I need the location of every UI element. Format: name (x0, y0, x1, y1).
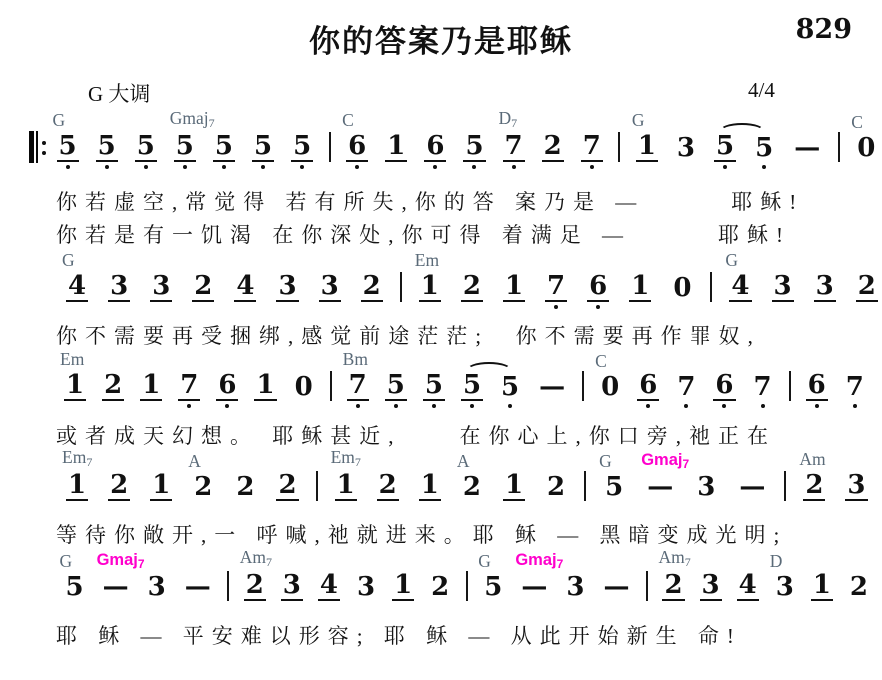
octave-dot-slot (551, 162, 555, 170)
note-digit: 3 (675, 134, 697, 162)
octave-dot-slot (327, 601, 331, 609)
note: 6 (806, 371, 828, 409)
octave-dot-slot (428, 302, 432, 310)
note-digit: 7 (844, 373, 866, 401)
note: 6 (216, 371, 238, 409)
note: 1 (140, 371, 162, 409)
note: 1 (419, 471, 441, 509)
note: 5 (461, 371, 483, 409)
octave-dot-slot (470, 302, 474, 310)
note-digit: 1 (419, 272, 441, 302)
lyric-line: 或者成天幻想。 耶稣甚近, 在你心上,你口旁,祂正在 (56, 420, 776, 450)
note: 5 (96, 132, 118, 170)
note: 3 (845, 471, 867, 509)
barline (784, 471, 786, 501)
octave-dot-slot (286, 302, 290, 310)
chord-label: G (53, 112, 66, 130)
note: — (737, 473, 767, 509)
lyric-line: 耶 稣 — 平安难以形容; 耶 稣 — 从此开始新生 命! (56, 620, 742, 650)
note-digit: 2 (361, 272, 383, 302)
note-digit: 2 (542, 132, 564, 162)
note-digit: 5 (252, 132, 274, 162)
note-digit: 0 (855, 134, 877, 162)
note: 6 (424, 132, 446, 170)
octave-dot-slot (394, 401, 398, 409)
octave-dot-slot (433, 162, 437, 170)
octave-dot-slot (573, 601, 577, 609)
barline (584, 471, 586, 501)
chord-label: G (478, 553, 491, 571)
octave-dot-slot (738, 302, 742, 310)
octave-dot-slot (746, 601, 750, 609)
note: 5 (385, 371, 407, 409)
note-digit: 2 (848, 573, 870, 601)
lyric-line: 你不需要再受捆绑,感觉前途茫茫; 你不需要再作罪奴, (56, 320, 761, 350)
octave-dot-slot (709, 601, 713, 609)
octave-dot-slot (704, 501, 708, 509)
octave-dot-slot (401, 601, 405, 609)
chord-label: C (851, 114, 863, 132)
octave-dot-slot (638, 302, 642, 310)
page-number: 829 (796, 14, 852, 45)
barline (646, 571, 648, 601)
note: 2 (545, 473, 567, 509)
chord-label: D7 (499, 110, 518, 129)
note: D3 (774, 573, 796, 609)
octave-dot-slot (554, 302, 558, 310)
note-digit: 0 (293, 373, 315, 401)
note-digit: 2 (662, 571, 684, 601)
octave-dot (815, 404, 819, 408)
note: Am2 (803, 471, 825, 509)
note: Em1 (64, 371, 86, 409)
octave-dot-slot (155, 601, 159, 609)
note: 0 (293, 373, 315, 409)
chord-label: A (457, 453, 470, 471)
octave-dot-slot (781, 302, 785, 310)
octave-dot (300, 165, 304, 169)
chord-label: Am7 (658, 549, 690, 568)
octave-dot-slot (470, 401, 474, 409)
chord-label: D (770, 553, 783, 571)
octave-dot-slot (75, 501, 79, 509)
octave-dot-slot (680, 302, 684, 310)
octave-dot-slot (73, 401, 77, 409)
note-digit: 6 (346, 132, 368, 162)
note: 1 (629, 272, 651, 310)
octave-dot-slot (253, 601, 257, 609)
octave-dot-slot (750, 501, 754, 509)
note: 5 (423, 371, 445, 409)
note-digit: 5 (423, 371, 445, 401)
note-digit: 3 (845, 471, 867, 501)
note-digit: 3 (150, 272, 172, 302)
note: Gmaj75 (174, 132, 196, 170)
note: 2 (848, 573, 870, 609)
octave-dot-slot (117, 501, 121, 509)
note-digit: 5 (135, 132, 157, 162)
note: Gmaj7— (519, 573, 549, 609)
octave-dot (590, 165, 594, 169)
octave-dot-slot (159, 302, 163, 310)
chord-label: Am7 (240, 549, 272, 568)
chord-label: Em (415, 252, 439, 270)
octave-dot-slot (596, 302, 600, 310)
note-digit: 3 (281, 571, 303, 601)
octave-dot (853, 404, 857, 408)
octave-dot-slot (532, 601, 536, 609)
note-digit: 6 (216, 371, 238, 401)
note: 5 (213, 132, 235, 170)
octave-dot-slot (645, 162, 649, 170)
note: Em71 (335, 471, 357, 509)
note: — (792, 134, 822, 170)
note-digit: 2 (461, 272, 483, 302)
note-digit: 2 (234, 473, 256, 501)
chord-label: G (60, 553, 73, 571)
note-digit: 3 (319, 272, 341, 302)
note: 1 (503, 272, 525, 310)
octave-dot (470, 404, 474, 408)
note-digit: 6 (424, 132, 446, 162)
note-digit: — (183, 573, 213, 601)
note-digit: 5 (174, 132, 196, 162)
time-signature: 4/4 (748, 78, 775, 103)
dot (42, 141, 46, 145)
note: Em71 (66, 471, 88, 509)
octave-dot (433, 165, 437, 169)
note: 2 (192, 272, 214, 310)
note-digit: 3 (146, 573, 168, 601)
octave-dot-slot (394, 162, 398, 170)
octave-dot-slot (508, 401, 512, 409)
note-digit: 5 (753, 134, 775, 162)
note: 7 (752, 373, 774, 409)
note-digit: 1 (150, 471, 172, 501)
note-digit: 4 (729, 272, 751, 302)
octave-dot-slot (75, 302, 79, 310)
note: — (601, 573, 631, 609)
octave-dot-slot (491, 601, 495, 609)
octave-dot-slot (364, 601, 368, 609)
note: 2 (377, 471, 399, 509)
note: 2 (102, 371, 124, 409)
octave-dot-slot (805, 162, 809, 170)
octave-dot-slot (853, 401, 857, 409)
chord-label: G (599, 453, 612, 471)
octave-dot-slot (225, 401, 229, 409)
note: 4 (318, 571, 340, 609)
octave-dot (723, 165, 727, 169)
note: 5 (463, 132, 485, 170)
page-title: 你的答案乃是耶稣 (0, 16, 882, 61)
octave-dot (183, 165, 187, 169)
note-digit: 7 (675, 373, 697, 401)
note-digit: 3 (355, 573, 377, 601)
note-digit: 5 (57, 132, 79, 162)
octave-dot-slot (646, 401, 650, 409)
note-digit: — (645, 473, 675, 501)
octave-dot-slot (608, 401, 612, 409)
repeat-begin-barline (28, 131, 48, 170)
note: 4 (737, 571, 759, 609)
thick-bar (29, 131, 34, 163)
note: Gmaj7— (645, 473, 675, 509)
octave-dot-slot (783, 601, 787, 609)
octave-dot-slot (432, 401, 436, 409)
note: A2 (461, 473, 483, 509)
note-digit: 5 (482, 573, 504, 601)
note: 2 (429, 573, 451, 609)
note-digit: 4 (66, 272, 88, 302)
note: 1 (503, 471, 525, 509)
note: 3 (814, 272, 836, 310)
note-digit: 7 (581, 132, 603, 162)
octave-dot (356, 404, 360, 408)
octave-dot-slot (183, 162, 187, 170)
barline (466, 571, 468, 601)
note-digit: 2 (803, 471, 825, 501)
note-digit: 3 (700, 571, 722, 601)
octave-dot-slot (243, 501, 247, 509)
note: 6 (713, 371, 735, 409)
note: 7 (545, 272, 567, 310)
note: 3 (150, 272, 172, 310)
note-digit: 7 (347, 371, 369, 401)
note-digit: — (792, 134, 822, 162)
music-line: Em7121A222Em7121A212G5Gmaj7—3—Am234D312 (56, 471, 882, 509)
octave-dot (261, 165, 265, 169)
octave-dot-slot (671, 601, 675, 609)
thin-bar (36, 131, 38, 163)
note-digit: 6 (587, 272, 609, 302)
octave-dot (512, 165, 516, 169)
note: 7 (178, 371, 200, 409)
note: D77 (503, 132, 525, 170)
octave-dot-slot (243, 302, 247, 310)
note-digit: 2 (102, 371, 124, 401)
barline (227, 571, 229, 601)
note-digit: 1 (811, 571, 833, 601)
octave-dot (144, 165, 148, 169)
note-digit: 3 (695, 473, 717, 501)
note: G5 (482, 573, 504, 609)
music-line: G555Gmaj75555C6165D7727G1355—C01D5— (28, 132, 882, 170)
octave-dot-slot (722, 401, 726, 409)
octave-dot-slot (550, 401, 554, 409)
octave-dot-slot (201, 501, 205, 509)
octave-dot-slot (222, 162, 226, 170)
note: 2 (108, 471, 130, 509)
barline (582, 371, 584, 401)
chord-label: Em7 (62, 449, 92, 468)
octave-dot-slot (823, 302, 827, 310)
chord-label: G (725, 252, 738, 270)
note: 3 (146, 573, 168, 609)
note: 3 (700, 571, 722, 609)
barline (789, 371, 791, 401)
octave-dot-slot (196, 601, 200, 609)
octave-dot-slot (612, 501, 616, 509)
note: 3 (355, 573, 377, 609)
note: 1 (392, 571, 414, 609)
lyric-line: 你若虚空,常觉得 若有所失,你的答 案乃是 — 耶稣! (56, 186, 804, 216)
octave-dot-slot (386, 501, 390, 509)
octave-dot-slot (286, 501, 290, 509)
note: Bm7 (347, 371, 369, 409)
note-digit: — (737, 473, 767, 501)
note-digit: 1 (64, 371, 86, 401)
octave-dot-slot (73, 601, 77, 609)
octave-dot-slot (820, 601, 824, 609)
note: G5 (603, 473, 625, 509)
note: 5 (135, 132, 157, 170)
note-digit: 5 (499, 373, 521, 401)
note-digit: 1 (636, 132, 658, 162)
note-digit: 1 (419, 471, 441, 501)
note-digit: 5 (603, 473, 625, 501)
music-line: G5Gmaj7—3—Am7234312G5Gmaj7—3—Am7234D312G… (56, 571, 882, 609)
note-digit: 7 (545, 272, 567, 302)
note: 5 (714, 132, 736, 170)
note-digit: 3 (772, 272, 794, 302)
octave-dot (554, 305, 558, 309)
note: 3 (108, 272, 130, 310)
note-digit: 2 (545, 473, 567, 501)
note-digit: 2 (108, 471, 130, 501)
note-digit: 2 (276, 471, 298, 501)
note-digit: 0 (599, 373, 621, 401)
note-digit: 2 (461, 473, 483, 501)
note-digit: — (519, 573, 549, 601)
barline (400, 272, 402, 302)
note-digit: 3 (564, 573, 586, 601)
octave-dot-slot (854, 501, 858, 509)
lyric-line: 等待你敞开,一 呼喊,祂就进来。耶 稣 — 黑暗变成光明; (56, 519, 787, 549)
note: 6 (587, 272, 609, 310)
note: 3 (276, 272, 298, 310)
music-line: Em1217610Bm75555—C06767676767 (56, 371, 882, 409)
octave-dot-slot (111, 401, 115, 409)
note-digit: 3 (774, 573, 796, 601)
note: — (537, 373, 567, 409)
note-digit: 1 (335, 471, 357, 501)
note: 0 (671, 274, 693, 310)
octave-dot-slot (554, 501, 558, 509)
note-digit: 7 (178, 371, 200, 401)
octave-dot-slot (512, 302, 516, 310)
octave-dot-slot (812, 501, 816, 509)
note: G1 (636, 132, 658, 170)
octave-dot-slot (261, 162, 265, 170)
octave-dot (432, 404, 436, 408)
note-digit: 1 (66, 471, 88, 501)
octave-dot (472, 165, 476, 169)
octave-dot-slot (438, 601, 442, 609)
note-digit: 1 (629, 272, 651, 302)
octave-dot-slot (762, 162, 766, 170)
octave-dot (187, 404, 191, 408)
octave-dot-slot (302, 401, 306, 409)
note-digit: 3 (108, 272, 130, 302)
note: 7 (844, 373, 866, 409)
note-digit: 2 (377, 471, 399, 501)
chord-label: C (595, 353, 607, 371)
note: Am72 (244, 571, 266, 609)
octave-dot-slot (105, 162, 109, 170)
note: G5 (64, 573, 86, 609)
note: C0 (855, 134, 877, 170)
chord-label: Em (60, 351, 84, 369)
octave-dot-slot (356, 401, 360, 409)
note-digit: 1 (392, 571, 414, 601)
sheet-music-page: 你的答案乃是耶稣 829 G 大调 4/4 G555Gmaj75555C6165… (0, 0, 882, 680)
note: Gmaj7— (101, 573, 131, 609)
note-digit: 2 (856, 272, 878, 302)
chord-label: Gmaj7 (97, 552, 145, 570)
chord-label: Bm (343, 351, 368, 369)
note-digit: — (601, 573, 631, 601)
note-digit: 2 (192, 272, 214, 302)
note-digit: 2 (244, 571, 266, 601)
barline (316, 471, 318, 501)
octave-dot (722, 404, 726, 408)
octave-dot (508, 404, 512, 408)
note: C0 (599, 373, 621, 409)
note: 3 (675, 134, 697, 170)
octave-dot-slot (472, 162, 476, 170)
note-digit: 7 (752, 373, 774, 401)
octave-dot-slot (149, 401, 153, 409)
key-signature: G 大调 (88, 78, 150, 108)
barline (330, 371, 332, 401)
note-digit: 1 (140, 371, 162, 401)
note: C6 (346, 132, 368, 170)
octave-dot-slot (114, 601, 118, 609)
octave-dot-slot (144, 162, 148, 170)
note-digit: 1 (254, 371, 276, 401)
music-line: G43324332Em1217610G43324332 (56, 272, 882, 310)
chord-label: Em7 (331, 449, 361, 468)
note: 2 (542, 132, 564, 170)
note: 3 (695, 473, 717, 509)
octave-dot-slot (159, 501, 163, 509)
note: 5 (291, 132, 313, 170)
barline (618, 132, 620, 162)
note: 7 (675, 373, 697, 409)
note: 3 (772, 272, 794, 310)
note-digit: 2 (192, 473, 214, 501)
chord-label: C (342, 112, 354, 130)
chord-label: Gmaj7 (515, 552, 563, 570)
octave-dot-slot (328, 302, 332, 310)
note: 7 (581, 132, 603, 170)
note-digit: 6 (637, 371, 659, 401)
chord-label: G (62, 252, 75, 270)
octave-dot-slot (684, 401, 688, 409)
octave-dot-slot (590, 162, 594, 170)
octave-dot-slot (815, 401, 819, 409)
octave-dot-slot (187, 401, 191, 409)
chord-label: A (188, 453, 201, 471)
note-digit: 7 (503, 132, 525, 162)
note: 1 (150, 471, 172, 509)
octave-dot (684, 404, 688, 408)
octave-dot-slot (201, 302, 205, 310)
octave-dot-slot (470, 501, 474, 509)
note-digit: 4 (234, 272, 256, 302)
octave-dot (66, 165, 70, 169)
